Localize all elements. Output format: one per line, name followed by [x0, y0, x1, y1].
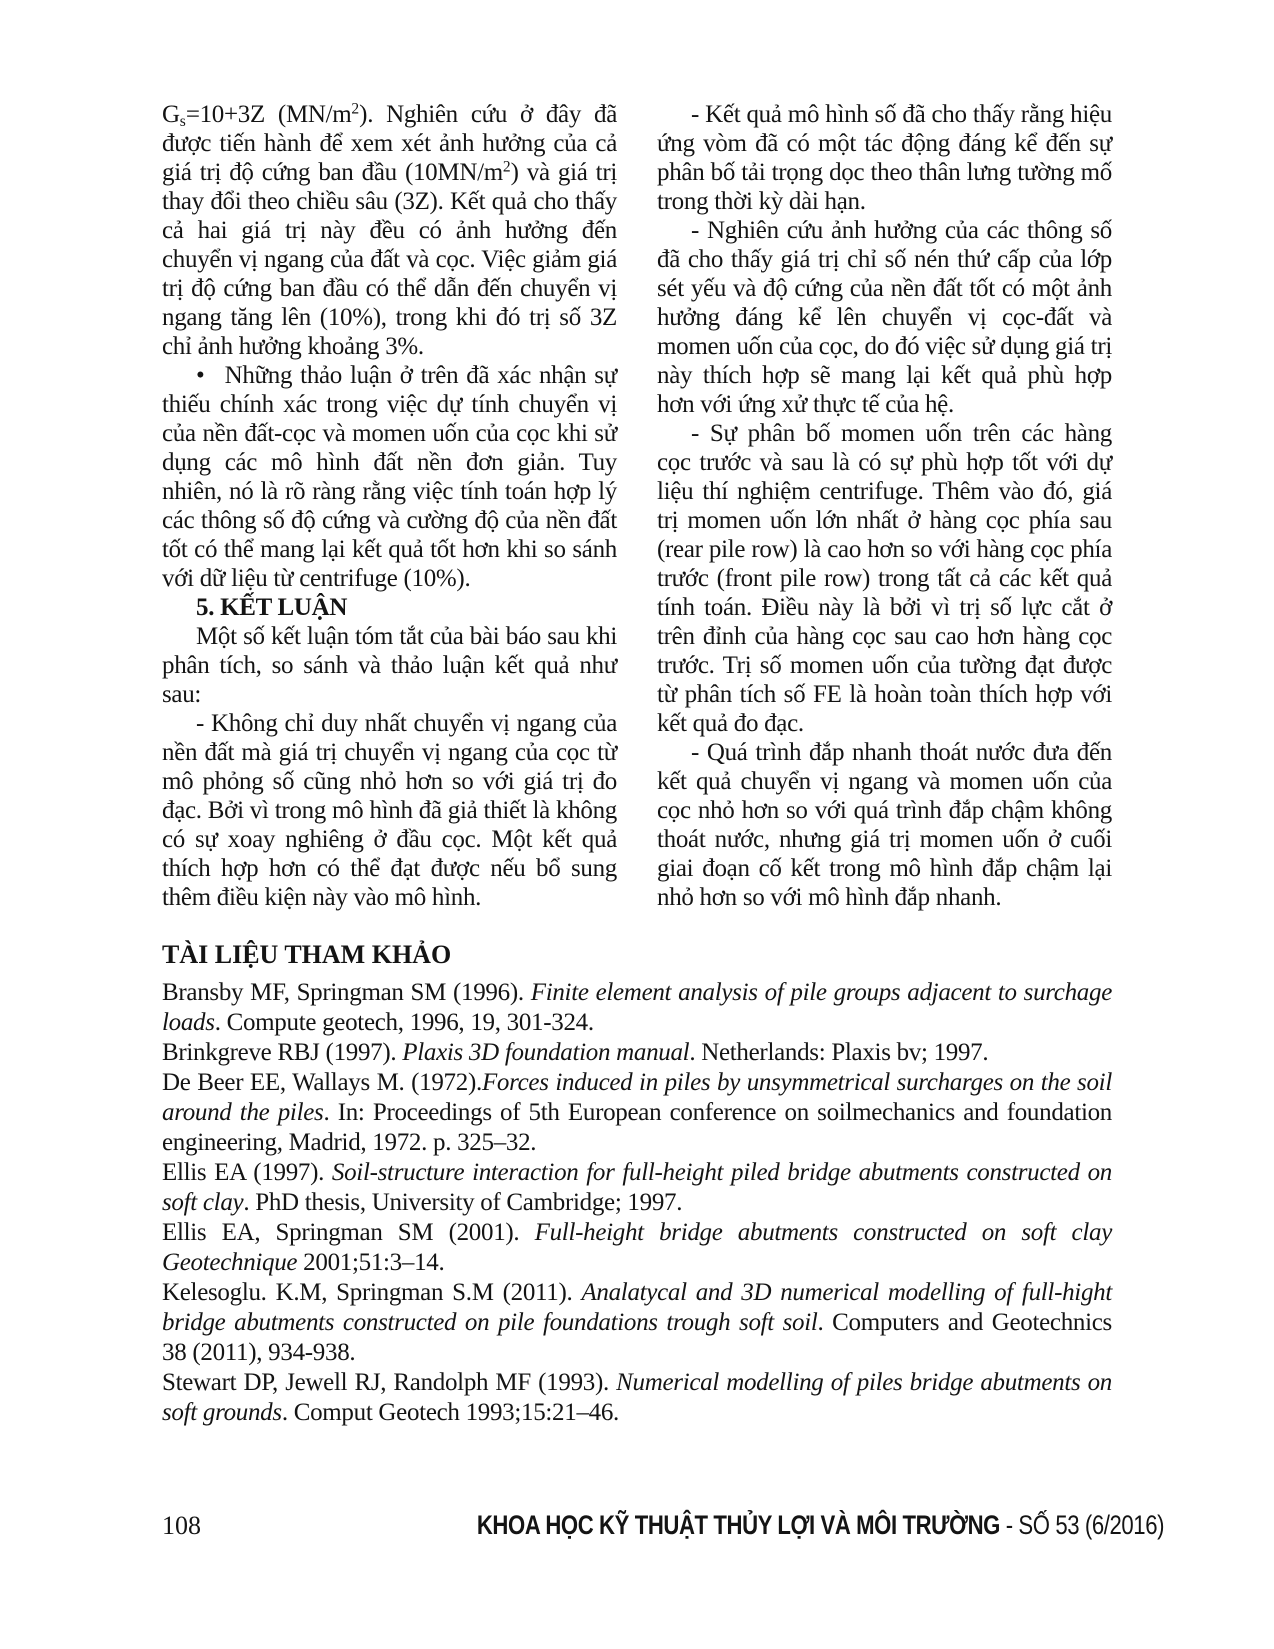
- text-run: s: [180, 113, 186, 130]
- page-content: Gs=10+3Z (MN/m2). Nghiên cứu ở đây đã đư…: [162, 100, 1112, 1428]
- reference-item: Kelesoglu. K.M, Springman S.M (2011). An…: [162, 1278, 1112, 1368]
- reference-item: Ellis EA (1997). Soil-structure interact…: [162, 1158, 1112, 1218]
- journal-name: KHOA HỌC KỸ THUẬT THỦY LỢI VÀ MÔI TRƯỜNG: [477, 1510, 1000, 1540]
- reference-item: Bransby MF, Springman SM (1996). Finite …: [162, 978, 1112, 1038]
- right-column: - Kết quả mô hình số đã cho thấy rằng hi…: [657, 100, 1112, 912]
- reference-item: De Beer EE, Wallays M. (1972).Forces ind…: [162, 1068, 1112, 1158]
- text-run: Analatycal and 3D numerical modelling of…: [162, 1279, 1112, 1336]
- references-heading: TÀI LIỆU THAM KHẢO: [162, 940, 1112, 970]
- two-column-body: Gs=10+3Z (MN/m2). Nghiên cứu ở đây đã đư…: [162, 100, 1112, 912]
- page-footer: 108 KHOA HỌC KỸ THUẬT THỦY LỢI VÀ MÔI TR…: [162, 1510, 1164, 1541]
- text-run: Finite element analysis of pile groups a…: [162, 979, 1112, 1036]
- reference-item: Ellis EA, Springman SM (2001). Full-heig…: [162, 1218, 1112, 1278]
- body-paragraph: - Sự phân bố momen uốn trên các hàng cọc…: [657, 419, 1112, 738]
- text-run: 2: [351, 100, 359, 117]
- left-column: Gs=10+3Z (MN/m2). Nghiên cứu ở đây đã đư…: [162, 100, 617, 912]
- reference-item: Brinkgreve RBJ (1997). Plaxis 3D foundat…: [162, 1038, 1112, 1068]
- body-paragraph: 5. KẾT LUẬN: [162, 593, 617, 622]
- journal-page: Gs=10+3Z (MN/m2). Nghiên cứu ở đây đã đư…: [0, 0, 1274, 1649]
- page-number: 108: [162, 1511, 201, 1541]
- body-paragraph: Gs=10+3Z (MN/m2). Nghiên cứu ở đây đã đư…: [162, 100, 617, 361]
- journal-issue: - SỐ 53 (6/2016): [1000, 1510, 1164, 1540]
- body-paragraph: - Kết quả mô hình số đã cho thấy rằng hi…: [657, 100, 1112, 216]
- text-run: Full-height bridge abutments constructed…: [162, 1219, 1112, 1276]
- references-list: Bransby MF, Springman SM (1996). Finite …: [162, 978, 1112, 1428]
- body-paragraph: - Quá trình đắp nhanh thoát nước đưa đến…: [657, 738, 1112, 912]
- body-paragraph: Một số kết luận tóm tắt của bài báo sau …: [162, 622, 617, 709]
- text-run: Forces induced in piles by unsymmetrical…: [162, 1069, 1112, 1126]
- text-run: Numerical modelling of piles bridge abut…: [162, 1369, 1112, 1426]
- body-paragraph: • Những thảo luận ở trên đã xác nhận sự …: [162, 361, 617, 593]
- body-paragraph: - Không chỉ duy nhất chuyển vị ngang của…: [162, 709, 617, 912]
- text-run: Soil-structure interaction for full-heig…: [162, 1159, 1112, 1216]
- text-run: 2: [503, 158, 511, 175]
- journal-footer-title: KHOA HỌC KỸ THUẬT THỦY LỢI VÀ MÔI TRƯỜNG…: [477, 1510, 1164, 1541]
- references-section: TÀI LIỆU THAM KHẢO Bransby MF, Springman…: [162, 940, 1112, 1428]
- text-run: Plaxis 3D foundation manual: [402, 1039, 689, 1066]
- reference-item: Stewart DP, Jewell RJ, Randolph MF (1993…: [162, 1368, 1112, 1428]
- body-paragraph: - Nghiên cứu ảnh hưởng của các thông số …: [657, 216, 1112, 419]
